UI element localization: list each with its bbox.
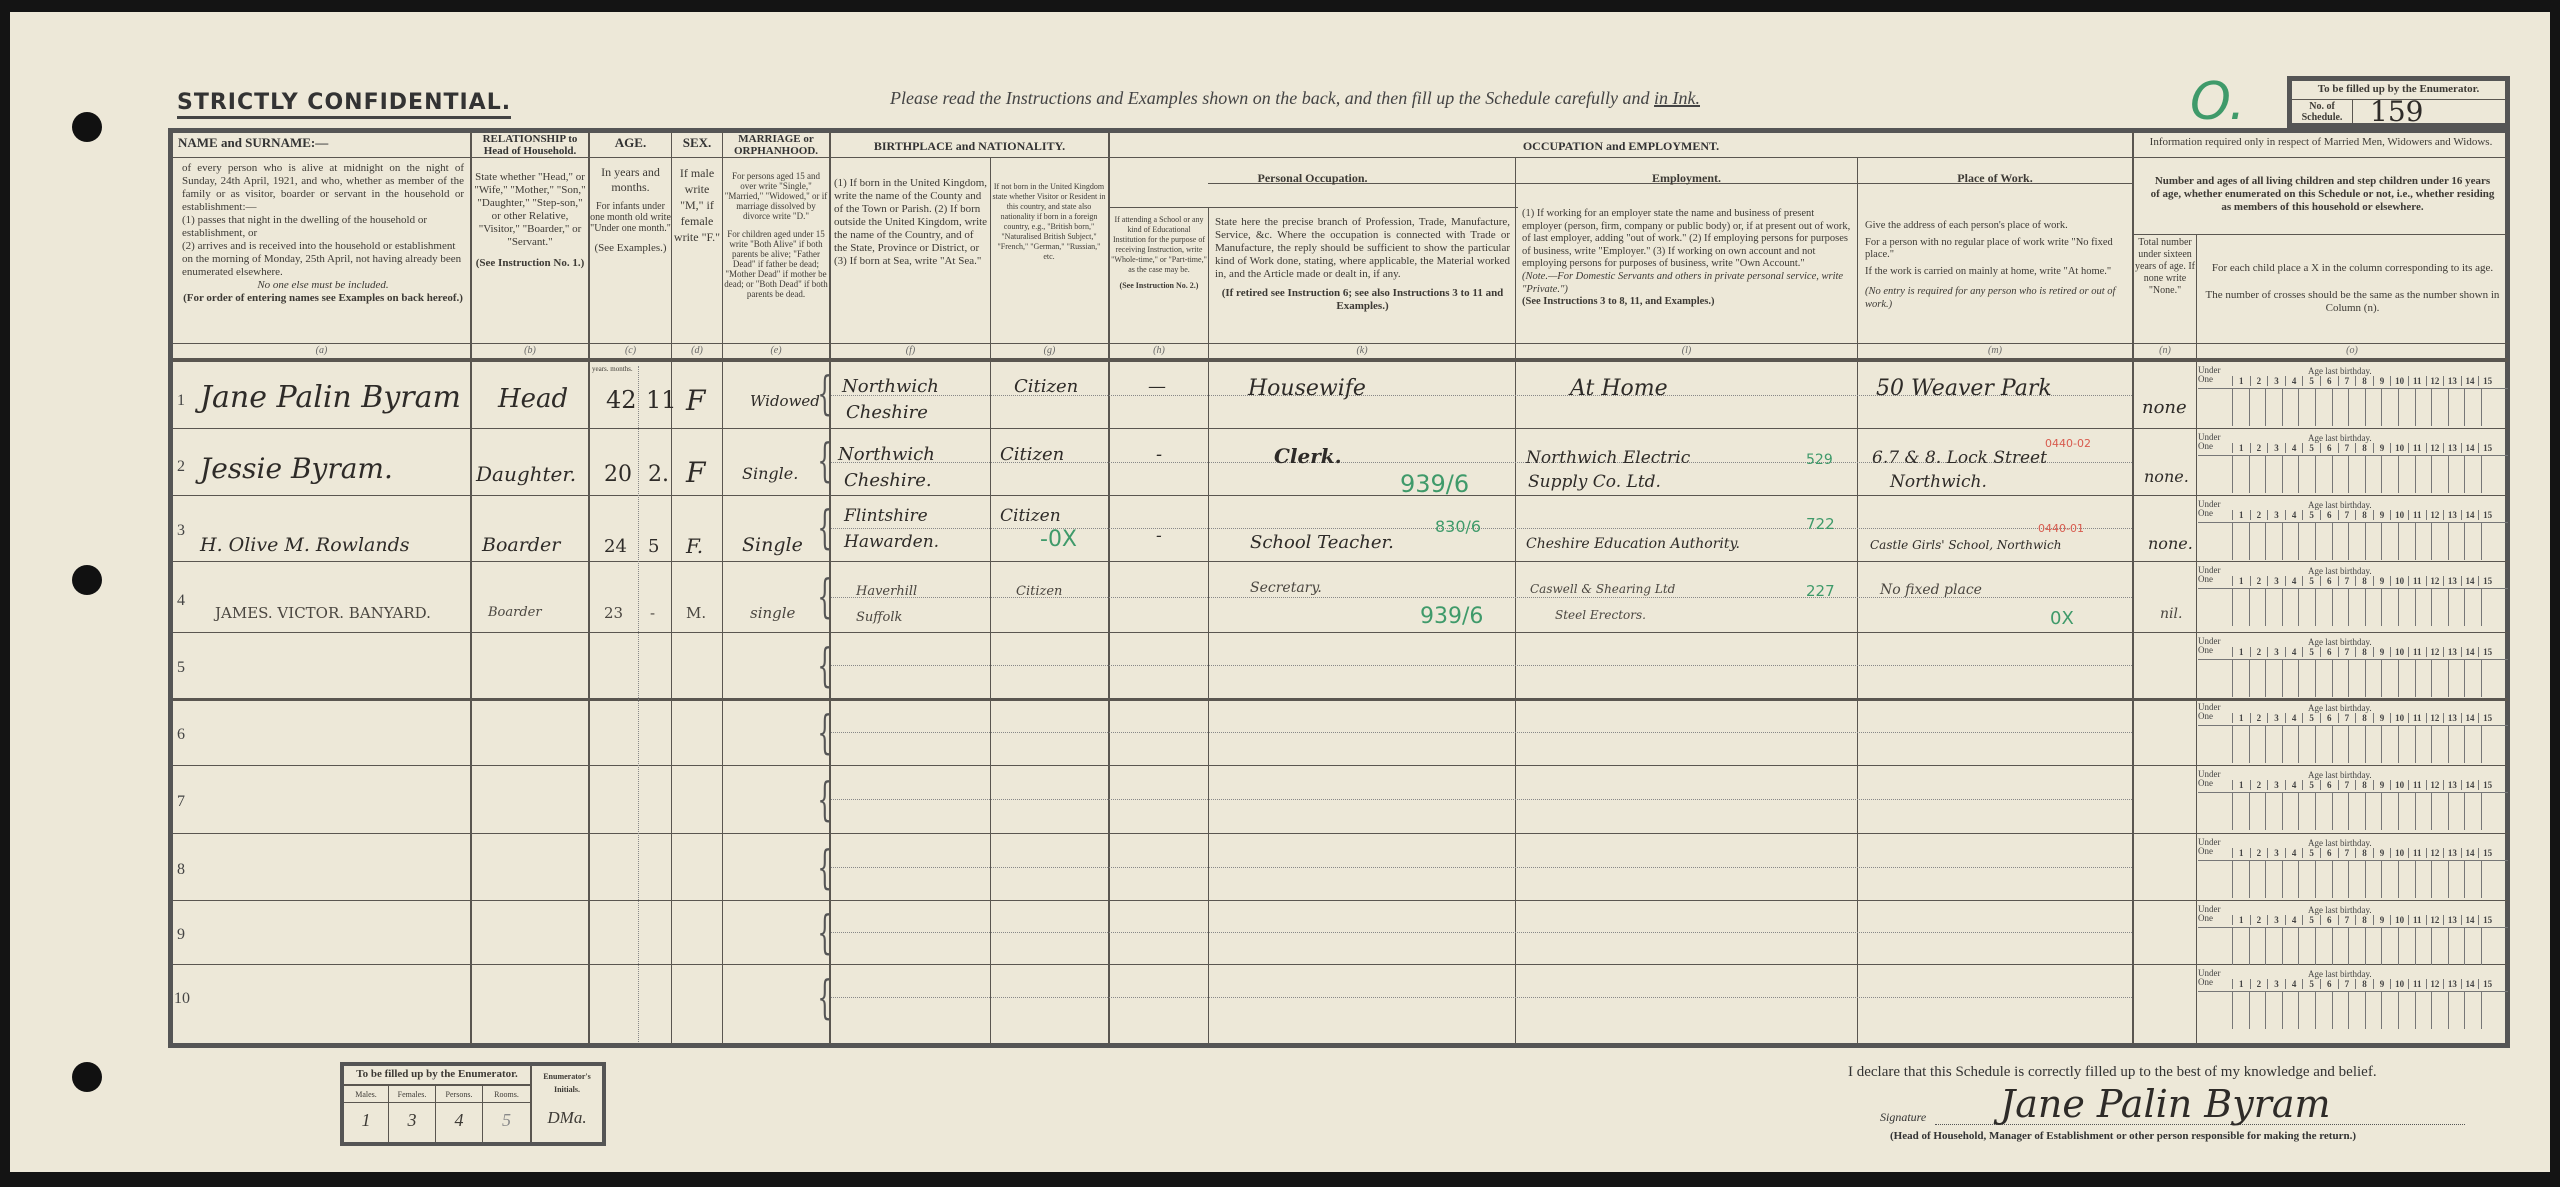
age-cell-divider xyxy=(2282,725,2283,763)
sex-cell: M. xyxy=(686,604,706,622)
place-of-work-cell: 6.7 & 8. Lock Street xyxy=(1872,448,2047,468)
age-column-label: 11 xyxy=(2408,915,2426,925)
age-column-label: 11 xyxy=(2408,848,2426,858)
age-cell-divider xyxy=(2332,792,2333,830)
age-cell-divider xyxy=(2398,860,2399,898)
age-cell-divider xyxy=(2365,659,2366,697)
age-cell-divider xyxy=(2448,991,2449,1029)
age-cell-divider xyxy=(2481,792,2482,830)
children-age-grid: Under OneAge last birthday.1234567891011… xyxy=(2198,770,2508,830)
age-cell-divider xyxy=(2448,792,2449,830)
age-column-label: 3 xyxy=(2267,780,2285,790)
age-column-label: 15 xyxy=(2478,443,2496,453)
age-cell-divider xyxy=(2249,659,2250,697)
age-cell-divider xyxy=(2315,659,2316,697)
age-cell-divider xyxy=(2415,991,2416,1029)
age-column-label: 13 xyxy=(2443,443,2461,453)
age-column-label: 1 xyxy=(2232,713,2250,723)
age-cell-divider xyxy=(2249,725,2250,763)
age-column-label: 5 xyxy=(2302,713,2320,723)
age-column-label: 4 xyxy=(2285,979,2303,989)
schedule-number-value: 159 xyxy=(2370,95,2423,128)
age-column-label: 15 xyxy=(2478,780,2496,790)
age-cell-divider xyxy=(2265,725,2266,763)
age-column-label: 4 xyxy=(2285,510,2303,520)
age-column-label: 5 xyxy=(2302,915,2320,925)
children-total-cell: nil. xyxy=(2160,606,2182,622)
under-one-label: Under One xyxy=(2198,637,2228,655)
age-cell-divider xyxy=(2481,522,2482,560)
age-column-label: 1 xyxy=(2232,576,2250,586)
brace-icon: { xyxy=(817,642,832,688)
header-nationality: If not born in the United Kingdom state … xyxy=(992,182,1106,262)
age-cell-divider xyxy=(2265,455,2266,493)
under-one-label: Under One xyxy=(2198,703,2228,721)
age-cell-divider xyxy=(2348,792,2349,830)
column-letter-k: (k) xyxy=(1209,345,1515,356)
age-column-label: 11 xyxy=(2408,576,2426,586)
age-column-label: 5 xyxy=(2302,510,2320,520)
age-cell-divider xyxy=(2381,927,2382,965)
declaration-text: I declare that this Schedule is correctl… xyxy=(1848,1064,2377,1081)
age-cell-divider xyxy=(2315,991,2316,1029)
row-number: 8 xyxy=(177,861,185,879)
age-cell-divider xyxy=(2315,588,2316,626)
age-column-label: 3 xyxy=(2267,376,2285,386)
occupation-cell: School Teacher. xyxy=(1250,532,1394,553)
age-cell-divider xyxy=(2249,792,2250,830)
row-number: 10 xyxy=(174,990,190,1008)
age-cell-divider xyxy=(2381,388,2382,426)
age-cell-divider xyxy=(2315,927,2316,965)
age-cell-divider xyxy=(2332,927,2333,965)
header-children-total: Total number under sixteen years of age.… xyxy=(2134,237,2196,297)
brace-icon: { xyxy=(817,709,832,755)
age-column-label: 2 xyxy=(2250,713,2268,723)
header-birthplace: BIRTHPLACE and NATIONALITY. xyxy=(831,140,1108,153)
age-column-label: 4 xyxy=(2285,780,2303,790)
age-column-label: 5 xyxy=(2302,443,2320,453)
age-cell-divider xyxy=(2431,725,2432,763)
instruction-line: Please read the Instructions and Example… xyxy=(890,88,1700,109)
age-cell-divider xyxy=(2431,991,2432,1029)
age-column-label: 13 xyxy=(2443,848,2461,858)
punch-hole xyxy=(72,565,102,595)
age-cell-divider xyxy=(2332,455,2333,493)
age-cell-divider xyxy=(2381,588,2382,626)
age-column-label: 15 xyxy=(2478,848,2496,858)
age-cell-divider xyxy=(2415,927,2416,965)
age-column-label: 15 xyxy=(2478,713,2496,723)
header-name-instructions: of every person who is alive at midnight… xyxy=(182,162,464,305)
age-cell-divider xyxy=(2365,792,2366,830)
under-one-label: Under One xyxy=(2198,500,2228,518)
age-cell-divider xyxy=(2332,860,2333,898)
age-cell-divider xyxy=(2381,455,2382,493)
age-cell-divider xyxy=(2348,388,2349,426)
age-cell-divider xyxy=(2348,991,2349,1029)
age-column-label: 8 xyxy=(2355,713,2373,723)
age-cell-divider xyxy=(2348,659,2349,697)
page-title: STRICTLY CONFIDENTIAL. xyxy=(177,90,511,119)
under-one-label: Under One xyxy=(2198,838,2228,856)
age-cell-divider xyxy=(2282,522,2283,560)
age-cell-divider xyxy=(2481,927,2482,965)
education-cell: - xyxy=(1156,526,1162,546)
age-cell-divider xyxy=(2381,522,2382,560)
age-column-label: 11 xyxy=(2408,376,2426,386)
age-cell-divider xyxy=(2348,927,2349,965)
age-cell-divider xyxy=(2381,860,2382,898)
marriage-cell: Single xyxy=(742,534,803,556)
age-cell-divider xyxy=(2431,522,2432,560)
age-column-label: 14 xyxy=(2461,915,2479,925)
age-cell-divider xyxy=(2381,659,2382,697)
age-column-label: 6 xyxy=(2320,510,2338,520)
age-cell-divider xyxy=(2365,455,2366,493)
column-letter-b: (b) xyxy=(472,345,588,356)
age-column-label: 11 xyxy=(2408,443,2426,453)
age-column-label: 2 xyxy=(2250,510,2268,520)
age-column-label: 5 xyxy=(2302,576,2320,586)
age-column-label: 1 xyxy=(2232,510,2250,520)
age-cell-divider xyxy=(2348,455,2349,493)
age-column-label: 6 xyxy=(2320,443,2338,453)
age-cell-divider xyxy=(2415,455,2416,493)
age-cell-divider xyxy=(2481,991,2482,1029)
birthplace-county-cell: Cheshire xyxy=(846,402,928,423)
age-cell-divider xyxy=(2315,860,2316,898)
age-years-cell: 24 xyxy=(604,536,627,557)
place-of-work-cell: Castle Girls' School, Northwich xyxy=(1870,538,2062,552)
age-column-label: 13 xyxy=(2443,979,2461,989)
age-column-label: 2 xyxy=(2250,979,2268,989)
age-cell-divider xyxy=(2348,860,2349,898)
age-cell-divider xyxy=(2464,388,2465,426)
column-letter-h: (h) xyxy=(1110,345,1208,356)
age-cell-divider xyxy=(2398,991,2399,1029)
children-age-grid: Under OneAge last birthday.1234567891011… xyxy=(2198,838,2508,898)
marriage-cell: Widowed xyxy=(750,392,820,410)
column-letter-c: (c) xyxy=(590,345,671,356)
age-cell-divider xyxy=(2415,659,2416,697)
age-cell-divider xyxy=(2398,725,2399,763)
age-column-label: 13 xyxy=(2443,915,2461,925)
age-cell-divider xyxy=(2365,860,2366,898)
under-one-label: Under One xyxy=(2198,905,2228,923)
header-marriage: MARRIAGE or ORPHANHOOD. For persons aged… xyxy=(723,133,829,299)
age-cell-divider xyxy=(2232,455,2233,493)
age-column-label: 12 xyxy=(2426,647,2444,657)
age-cell-divider xyxy=(2448,860,2449,898)
age-cell-divider xyxy=(2431,792,2432,830)
relationship-cell: Boarder xyxy=(482,534,560,556)
employment-cell-line2: Supply Co. Ltd. xyxy=(1528,472,1661,492)
age-cell-divider xyxy=(2282,860,2283,898)
age-column-label: 10 xyxy=(2390,647,2408,657)
place-code-mark: 0X xyxy=(2050,608,2074,629)
age-cell-divider xyxy=(2448,388,2449,426)
age-cell-divider xyxy=(2265,927,2266,965)
age-column-label: 14 xyxy=(2461,848,2479,858)
age-column-label: 14 xyxy=(2461,780,2479,790)
education-cell: — xyxy=(1148,376,1166,397)
age-cell-divider xyxy=(2464,522,2465,560)
age-column-label: 14 xyxy=(2461,713,2479,723)
header-relationship: RELATIONSHIP to Head of Household. State… xyxy=(472,133,588,270)
age-column-label: 6 xyxy=(2320,713,2338,723)
age-column-label: 15 xyxy=(2478,915,2496,925)
age-column-label: 13 xyxy=(2443,647,2461,657)
signature: Jane Palin Byram xyxy=(2000,1082,2331,1126)
header-occupation: OCCUPATION and EMPLOYMENT. xyxy=(1110,140,2132,153)
males-label: Males. xyxy=(344,1088,388,1101)
occupation-code-mark: 939/6 xyxy=(1400,470,1469,498)
age-cell-divider xyxy=(2415,860,2416,898)
age-column-label: 2 xyxy=(2250,915,2268,925)
header-children-title: Information required only in respect of … xyxy=(2136,136,2506,149)
column-letter-l: (l) xyxy=(1516,345,1857,356)
age-last-birthday-label: Age last birthday. xyxy=(2308,838,2372,848)
age-column-label: 7 xyxy=(2338,979,2356,989)
age-cell-divider xyxy=(2315,792,2316,830)
age-column-label: 9 xyxy=(2373,979,2391,989)
children-age-grid: Under OneAge last birthday.1234567891011… xyxy=(2198,703,2508,763)
age-cell-divider xyxy=(2464,792,2465,830)
age-cell-divider xyxy=(2415,388,2416,426)
age-cell-divider xyxy=(2232,991,2233,1029)
age-cell-divider xyxy=(2365,588,2366,626)
age-column-label: 13 xyxy=(2443,713,2461,723)
column-letter-a: (a) xyxy=(173,345,470,356)
age-column-label: 4 xyxy=(2285,848,2303,858)
age-column-label: 14 xyxy=(2461,647,2479,657)
birthplace-cell: Haverhill xyxy=(856,584,917,599)
children-total-cell: none. xyxy=(2144,467,2189,486)
age-cell-divider xyxy=(2232,659,2233,697)
sex-cell: F. xyxy=(686,534,703,558)
males-value: 1 xyxy=(344,1110,388,1130)
age-cell-divider xyxy=(2464,991,2465,1029)
age-column-label: 7 xyxy=(2338,510,2356,520)
age-cell-divider xyxy=(2464,860,2465,898)
age-cell-divider xyxy=(2415,522,2416,560)
row-number: 2 xyxy=(177,458,185,476)
header-personal-occupation-body: State here the precise branch of Profess… xyxy=(1215,216,1510,313)
age-column-label: 9 xyxy=(2373,848,2391,858)
age-column-label: 7 xyxy=(2338,780,2356,790)
column-letter-e: (e) xyxy=(723,345,829,356)
place-of-work-cell: No fixed place xyxy=(1880,582,1982,598)
age-cell-divider xyxy=(2249,927,2250,965)
age-column-label: 8 xyxy=(2355,780,2373,790)
age-cell-divider xyxy=(2298,792,2299,830)
age-cell-divider xyxy=(2348,725,2349,763)
enumerator-circle-mark: O. xyxy=(2190,72,2245,132)
age-cell-divider xyxy=(2398,522,2399,560)
age-cell-divider xyxy=(2398,455,2399,493)
occupation-code-mark: 830/6 xyxy=(1435,517,1481,536)
age-column-label: 10 xyxy=(2390,510,2408,520)
age-column-label: 5 xyxy=(2302,647,2320,657)
age-cell-divider xyxy=(2332,522,2333,560)
age-column-label: 11 xyxy=(2408,647,2426,657)
persons-label: Persons. xyxy=(436,1088,482,1101)
age-column-label: 4 xyxy=(2285,576,2303,586)
employment-cell: Caswell & Shearing Ltd xyxy=(1530,582,1675,596)
brace-icon: { xyxy=(817,974,832,1020)
age-column-label: 6 xyxy=(2320,979,2338,989)
marriage-cell: Single. xyxy=(742,464,798,483)
under-one-label: Under One xyxy=(2198,366,2228,384)
age-column-label: 3 xyxy=(2267,713,2285,723)
age-cell-divider xyxy=(2464,588,2465,626)
age-cell-divider xyxy=(2315,388,2316,426)
place-code-mark: 0440-01 xyxy=(2038,522,2084,535)
age-column-label: 5 xyxy=(2302,979,2320,989)
age-column-label: 9 xyxy=(2373,576,2391,586)
age-cell-divider xyxy=(2298,725,2299,763)
age-cell-divider xyxy=(2365,522,2366,560)
age-column-label: 5 xyxy=(2302,376,2320,386)
age-last-birthday-label: Age last birthday. xyxy=(2308,566,2372,576)
employer-code-mark: 227 xyxy=(1806,582,1835,600)
row-number: 6 xyxy=(177,726,185,744)
age-column-label: 13 xyxy=(2443,576,2461,586)
header-employment: Employment. xyxy=(1516,172,1857,185)
age-cell-divider xyxy=(2298,659,2299,697)
children-age-grid: Under OneAge last birthday.1234567891011… xyxy=(2198,637,2508,697)
age-last-birthday-label: Age last birthday. xyxy=(2308,433,2372,443)
row-number: 3 xyxy=(177,522,185,540)
children-age-grid: Under OneAge last birthday.1234567891011… xyxy=(2198,969,2508,1029)
age-cell-divider xyxy=(2381,991,2382,1029)
birthplace-county-cell: Cheshire. xyxy=(844,470,932,491)
age-column-label: 2 xyxy=(2250,780,2268,790)
age-cell-divider xyxy=(2481,860,2482,898)
age-column-label: 8 xyxy=(2355,848,2373,858)
age-column-label: 6 xyxy=(2320,848,2338,858)
age-column-label: 7 xyxy=(2338,848,2356,858)
children-total-cell: none xyxy=(2142,397,2187,418)
age-column-label: 10 xyxy=(2390,376,2408,386)
age-column-label: 8 xyxy=(2355,443,2373,453)
name-cell: Jane Palin Byram xyxy=(200,380,461,415)
age-column-label: 9 xyxy=(2373,647,2391,657)
age-cell-divider xyxy=(2232,860,2233,898)
age-cell-divider xyxy=(2282,455,2283,493)
age-cell-divider xyxy=(2232,927,2233,965)
age-column-label: 11 xyxy=(2408,510,2426,520)
age-column-label: 14 xyxy=(2461,376,2479,386)
age-months-cell: 11 xyxy=(646,386,677,414)
age-column-label: 3 xyxy=(2267,510,2285,520)
age-column-label: 6 xyxy=(2320,376,2338,386)
nationality-cell: Citizen xyxy=(1000,444,1064,465)
column-letter-d: (d) xyxy=(672,345,722,356)
employment-cell-line2: Steel Erectors. xyxy=(1555,608,1646,622)
age-column-label: 1 xyxy=(2232,376,2250,386)
age-column-label: 12 xyxy=(2426,576,2444,586)
children-age-grid: Under OneAge last birthday.1234567891011… xyxy=(2198,366,2508,426)
birthplace-cell: Flintshire xyxy=(844,506,928,526)
birthplace-county-cell: Suffolk xyxy=(856,610,902,625)
age-column-label: 2 xyxy=(2250,848,2268,858)
brace-icon: { xyxy=(817,573,832,619)
schedule-number-box: To be filled up by the Enumerator. No. o… xyxy=(2287,76,2510,128)
age-months-cell: 5 xyxy=(648,536,659,557)
age-column-label: 10 xyxy=(2390,443,2408,453)
age-subheader: years. months. xyxy=(592,363,672,376)
age-column-label: 5 xyxy=(2302,780,2320,790)
place-of-work-cell-line2: Northwich. xyxy=(1890,472,1987,492)
employment-cell: Cheshire Education Authority. xyxy=(1526,536,1740,552)
age-cell-divider xyxy=(2431,388,2432,426)
age-column-label: 7 xyxy=(2338,376,2356,386)
age-cell-divider xyxy=(2298,522,2299,560)
age-column-label: 15 xyxy=(2478,647,2496,657)
age-cell-divider xyxy=(2481,388,2482,426)
header-name: NAME and SURNAME:— xyxy=(178,136,468,151)
age-cell-divider xyxy=(2415,588,2416,626)
age-cell-divider xyxy=(2282,991,2283,1029)
employment-cell: Northwich Electric xyxy=(1526,448,1690,468)
census-schedule-page: STRICTLY CONFIDENTIAL. Please read the I… xyxy=(10,12,2550,1172)
age-cell-divider xyxy=(2365,991,2366,1029)
age-column-label: 7 xyxy=(2338,443,2356,453)
age-column-label: 13 xyxy=(2443,376,2461,386)
employer-code-mark: 529 xyxy=(1806,452,1833,468)
age-cell-divider xyxy=(2232,792,2233,830)
relationship-cell: Daughter. xyxy=(476,462,576,486)
age-cell-divider xyxy=(2265,792,2266,830)
age-cell-divider xyxy=(2448,455,2449,493)
age-column-label: 11 xyxy=(2408,780,2426,790)
under-one-label: Under One xyxy=(2198,969,2228,987)
age-cell-divider xyxy=(2249,522,2250,560)
occupation-cell: Secretary. xyxy=(1250,580,1322,596)
age-cell-divider xyxy=(2332,991,2333,1029)
age-cell-divider xyxy=(2398,388,2399,426)
age-cell-divider xyxy=(2365,388,2366,426)
age-column-label: 9 xyxy=(2373,915,2391,925)
age-column-label: 11 xyxy=(2408,979,2426,989)
nationality-cell: Citizen xyxy=(1014,376,1078,397)
age-cell-divider xyxy=(2282,388,2283,426)
age-cell-divider xyxy=(2365,725,2366,763)
age-cell-divider xyxy=(2448,725,2449,763)
age-column-label: 13 xyxy=(2443,780,2461,790)
age-column-label: 12 xyxy=(2426,979,2444,989)
age-column-label: 2 xyxy=(2250,376,2268,386)
age-cell-divider xyxy=(2448,659,2449,697)
punch-hole xyxy=(72,1062,102,1092)
children-age-grid: Under OneAge last birthday.1234567891011… xyxy=(2198,433,2508,493)
age-cell-divider xyxy=(2265,659,2266,697)
age-column-label: 7 xyxy=(2338,915,2356,925)
place-of-work-cell: 50 Weaver Park xyxy=(1876,376,2052,401)
schedule-number-label: No. of Schedule. xyxy=(2294,101,2350,123)
relationship-cell: Head xyxy=(498,384,568,414)
age-column-label: 7 xyxy=(2338,713,2356,723)
age-cell-divider xyxy=(2298,860,2299,898)
age-cell-divider xyxy=(2282,659,2283,697)
name-cell: Jessie Byram. xyxy=(200,452,393,485)
place-code-mark: 0440-02 xyxy=(2045,437,2091,450)
age-cell-divider xyxy=(2481,455,2482,493)
age-cell-divider xyxy=(2315,725,2316,763)
age-last-birthday-label: Age last birthday. xyxy=(2308,366,2372,376)
